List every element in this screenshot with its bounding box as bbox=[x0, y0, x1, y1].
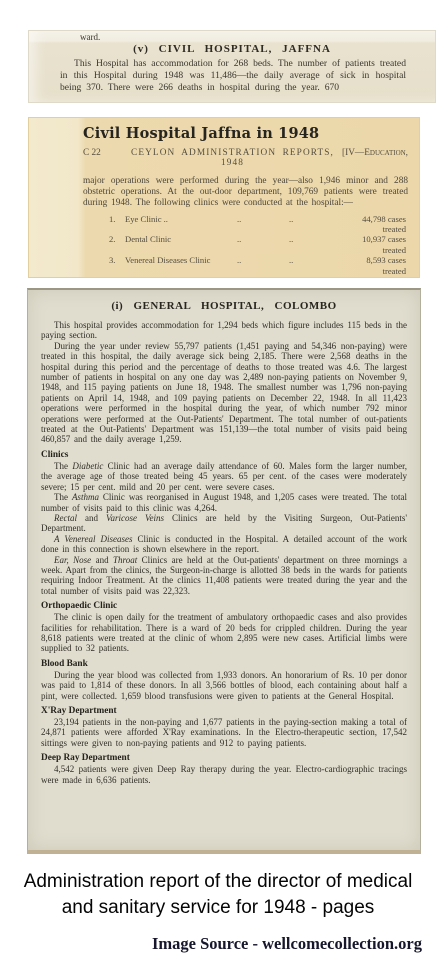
clinic-value: 8,593 cases treated bbox=[341, 255, 408, 276]
paragraph: A Venereal Diseases Clinic is conducted … bbox=[41, 534, 407, 555]
dot-leader: .. bbox=[237, 234, 289, 255]
running-header-left: C 22 bbox=[83, 148, 123, 168]
fragment-middle-title: Civil Hospital Jaffna in 1948 bbox=[83, 125, 408, 142]
fragment-middle-intro: major operations were performed during t… bbox=[83, 176, 408, 210]
scan-fragment-jaffna-1948: Civil Hospital Jaffna in 1948 C 22 CEYLO… bbox=[28, 117, 420, 278]
stray-word: ward. bbox=[80, 32, 436, 42]
clinic-number: 3. bbox=[109, 255, 125, 276]
screenshot-root: ward. (v) CIVIL HOSPITAL, JAFFNA This Ho… bbox=[0, 0, 436, 974]
clinic-row: 3. Venereal Diseases Clinic .. .. 8,593 … bbox=[109, 255, 408, 276]
dot-leader: .. bbox=[289, 255, 341, 276]
paragraph: Rectal and Varicose Veins Clinics are he… bbox=[41, 513, 407, 534]
paragraph: The Diabetic Clinic had an average daily… bbox=[41, 461, 407, 492]
running-header: C 22 CEYLON ADMINISTRATION REPORTS, 1948… bbox=[83, 148, 408, 168]
clinic-name: Venereal Diseases Clinic bbox=[125, 255, 237, 276]
dot-leader: .. bbox=[237, 214, 289, 235]
clinic-row: 2. Dental Clinic .. .. 10,937 cases trea… bbox=[109, 234, 408, 255]
section-heading: Deep Ray Department bbox=[41, 753, 407, 763]
dot-leader: .. bbox=[289, 234, 341, 255]
clinic-row: 1. Eye Clinic .. .. .. 44,798 cases trea… bbox=[109, 214, 408, 235]
paragraph: 4,542 patients were given Deep Ray thera… bbox=[41, 764, 407, 785]
image-source-credit: Image Source - wellcomecollection.org bbox=[0, 934, 422, 954]
dot-leader: .. bbox=[237, 255, 289, 276]
clinic-value: 44,798 cases treated bbox=[341, 214, 408, 235]
fragment-top-heading: (v) CIVIL HOSPITAL, JAFFNA bbox=[28, 43, 436, 55]
clinic-name: Eye Clinic .. bbox=[125, 214, 237, 235]
section-heading: Orthopaedic Clinic bbox=[41, 601, 407, 611]
clinic-number: 2. bbox=[109, 234, 125, 255]
paragraph: During the year blood was collected from… bbox=[41, 670, 407, 701]
clinic-number: 1. bbox=[109, 214, 125, 235]
running-header-right: [IV—Education, bbox=[342, 148, 408, 168]
scan-page-general-hospital-colombo: (i) GENERAL HOSPITAL, COLOMBO This hospi… bbox=[27, 288, 421, 854]
paragraph: This hospital provides accommodation for… bbox=[41, 320, 407, 341]
clinic-list: 1. Eye Clinic .. .. .. 44,798 cases trea… bbox=[109, 214, 408, 276]
page-heading: (i) GENERAL HOSPITAL, COLOMBO bbox=[41, 300, 407, 312]
clinic-value: 10,937 cases treated bbox=[341, 234, 408, 255]
running-header-center: CEYLON ADMINISTRATION REPORTS, 1948 bbox=[123, 148, 342, 168]
paragraph: During the year under review 55,797 pati… bbox=[41, 341, 407, 445]
section-heading: Clinics bbox=[41, 450, 407, 460]
image-caption: Administration report of the director of… bbox=[8, 869, 428, 921]
dot-leader: .. bbox=[289, 214, 341, 235]
page-body: This hospital provides accommodation for… bbox=[41, 320, 407, 785]
paragraph: Ear, Nose and Throat Clinics are held at… bbox=[41, 555, 407, 597]
fragment-top-body: This Hospital has accommodation for 268 … bbox=[60, 58, 406, 94]
paragraph: The Asthma Clinic was reorganised in Aug… bbox=[41, 492, 407, 513]
section-heading: Blood Bank bbox=[41, 659, 407, 669]
paragraph: 23,194 patients in the non-paying and 1,… bbox=[41, 717, 407, 748]
clinic-name: Dental Clinic bbox=[125, 234, 237, 255]
scan-fragment-civil-hospital-jaffna: ward. (v) CIVIL HOSPITAL, JAFFNA This Ho… bbox=[28, 30, 436, 103]
section-heading: X'Ray Department bbox=[41, 706, 407, 716]
paragraph: The clinic is open daily for the treatme… bbox=[41, 612, 407, 654]
